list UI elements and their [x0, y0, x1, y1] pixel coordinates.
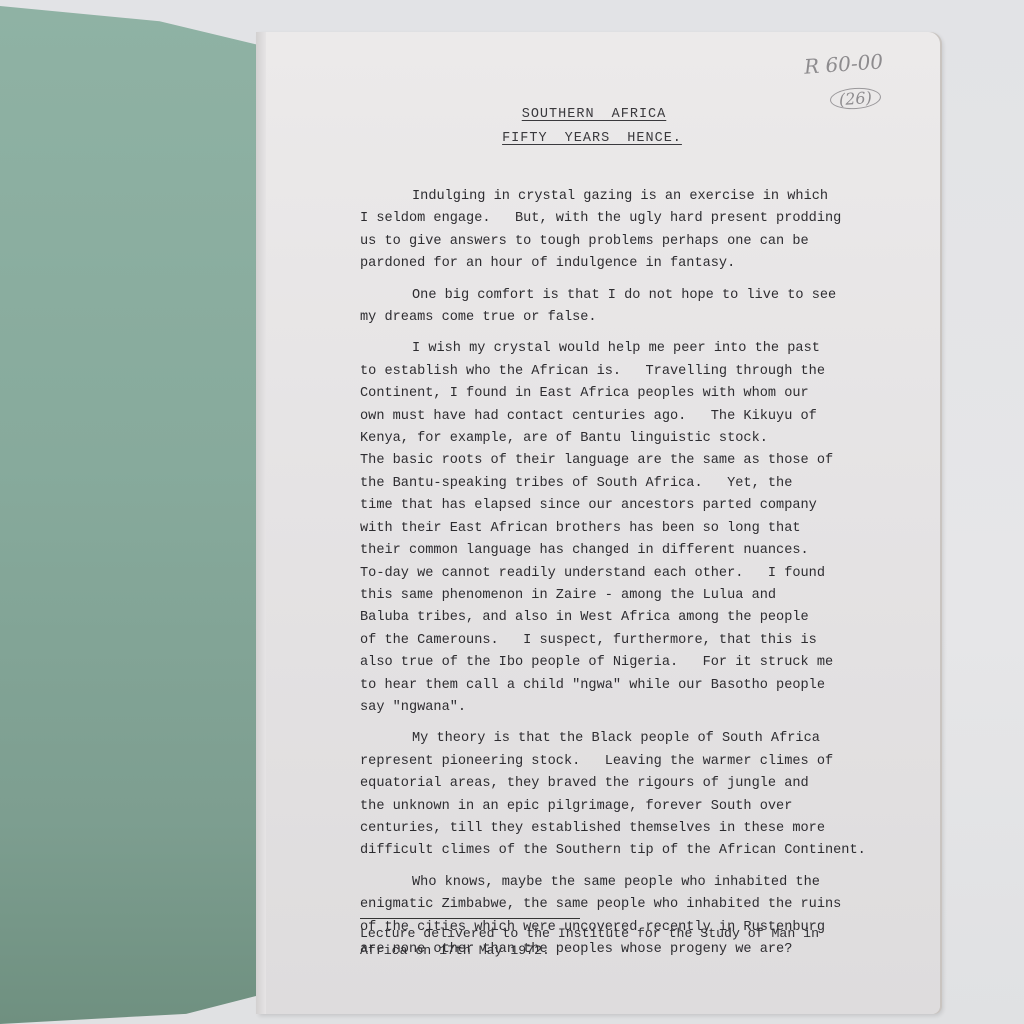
text-line: difficult climes of the Southern tip of …	[360, 840, 940, 862]
green-booklet-cover	[0, 6, 266, 1024]
title-line-1: SOUTHERN AFRICA	[252, 107, 936, 122]
text-line: Who knows, maybe the same people who inh…	[360, 872, 940, 894]
text-line: enigmatic Zimbabwe, the same people who …	[360, 894, 940, 916]
paragraph: Indulging in crystal gazing is an exerci…	[360, 186, 940, 276]
paragraph: One big comfort is that I do not hope to…	[360, 285, 940, 330]
text-line: own must have had contact centuries ago.…	[360, 406, 940, 428]
text-line: their common language has changed in dif…	[360, 540, 940, 562]
text-line: One big comfort is that I do not hope to…	[360, 285, 940, 307]
text-line: represent pioneering stock. Leaving the …	[360, 751, 940, 773]
text-line: The basic roots of their language are th…	[360, 450, 940, 472]
text-line: Baluba tribes, and also in West Africa a…	[360, 607, 940, 629]
text-line: My theory is that the Black people of So…	[360, 728, 940, 750]
text-line: pardoned for an hour of indulgence in fa…	[360, 253, 940, 275]
pencil-price-note: R 60-00	[803, 49, 884, 78]
text-line: with their East African brothers has bee…	[360, 518, 940, 540]
text-line: this same phenomenon in Zaire - among th…	[360, 585, 940, 607]
text-line: the unknown in an epic pilgrimage, forev…	[360, 796, 940, 818]
text-line: Continent, I found in East Africa people…	[360, 383, 940, 405]
text-line: to hear them call a child "ngwa" while o…	[360, 675, 940, 697]
footnote-rule	[360, 918, 580, 919]
paragraph: My theory is that the Black people of So…	[360, 728, 940, 862]
text-line: equatorial areas, they braved the rigour…	[360, 773, 940, 795]
text-line: Indulging in crystal gazing is an exerci…	[360, 186, 940, 208]
document-body: Indulging in crystal gazing is an exerci…	[360, 186, 940, 970]
paragraph: I wish my crystal would help me peer int…	[360, 338, 940, 719]
text-line: I seldom engage. But, with the ugly hard…	[360, 208, 940, 230]
text-line: centuries, till they established themsel…	[360, 818, 940, 840]
text-line: my dreams come true or false.	[360, 307, 940, 329]
text-line: say "ngwana".	[360, 697, 940, 719]
text-line: the Bantu-speaking tribes of South Afric…	[360, 473, 940, 495]
footnote: Lecture delivered to the Institute for t…	[360, 925, 900, 959]
title-line-2: FIFTY YEARS HENCE.	[250, 131, 934, 146]
text-line: of the Camerouns. I suspect, furthermore…	[360, 630, 940, 652]
text-line: also true of the Ibo people of Nigeria. …	[360, 652, 940, 674]
text-line: us to give answers to tough problems per…	[360, 231, 940, 253]
text-line: to establish who the African is. Travell…	[360, 361, 940, 383]
typed-page: R 60-00 (26) SOUTHERN AFRICA FIFTY YEARS…	[256, 32, 940, 1014]
text-line: Kenya, for example, are of Bantu linguis…	[360, 428, 940, 450]
text-line: To-day we cannot readily understand each…	[360, 563, 940, 585]
text-line: time that has elapsed since our ancestor…	[360, 495, 940, 517]
text-line: I wish my crystal would help me peer int…	[360, 338, 940, 360]
